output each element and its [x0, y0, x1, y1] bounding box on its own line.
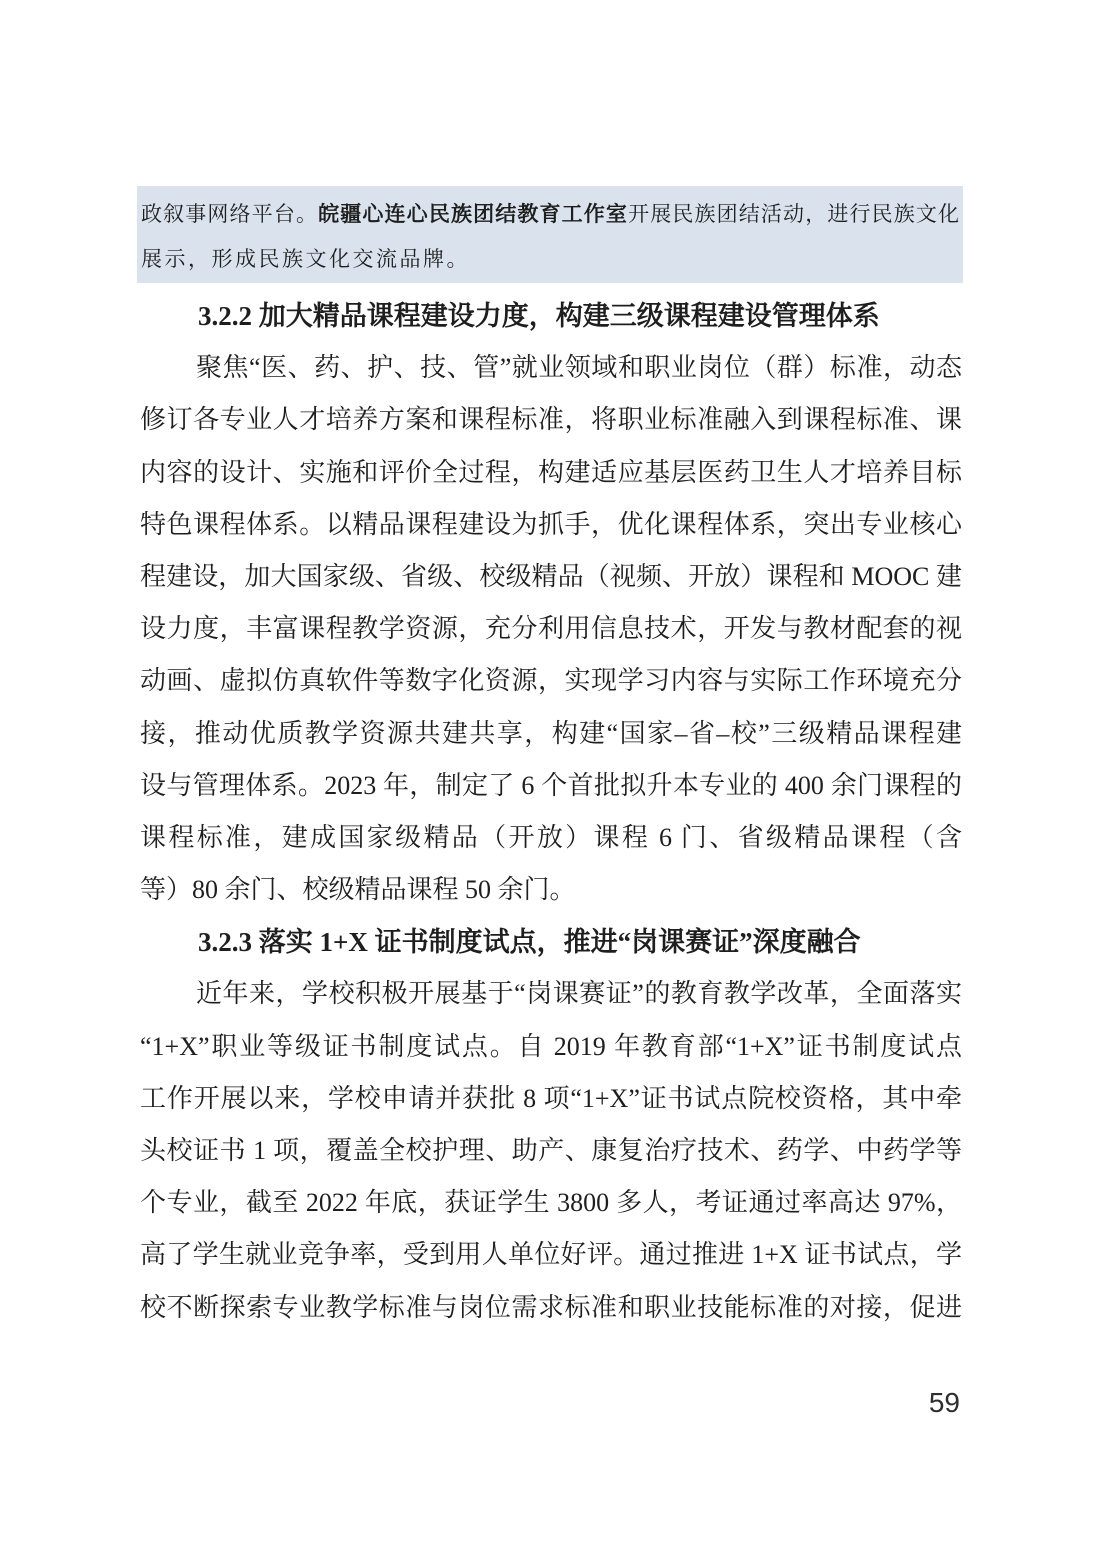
highlighted-text-line: 政叙事网络平台。皖疆心连心民族团结教育工作室开展民族团结活动，进行民族文化 [141, 192, 959, 237]
document-body: 3.2.2 加大精品课程建设力度，构建三级课程建设管理体系 聚焦“医、药、护、技… [140, 290, 962, 1334]
text-line: 聚焦“医、药、护、技、管”就业领域和职业岗位（群）标准，动态 [140, 342, 962, 394]
text-line: 高了学生就业竞争率，受到用人单位好评。通过推进 1+X 证书试点，学 [140, 1229, 962, 1281]
highlighted-text-line: 展示，形成民族文化交流品牌。 [141, 237, 959, 282]
text-line: 个专业，截至 2022 年底，获证学生 3800 多人，考证通过率高达 97%，… [140, 1177, 962, 1229]
text-line: 校不断探索专业教学标准与岗位需求标准和职业技能标准的对接，促进教 [140, 1282, 962, 1334]
section-heading-3-2-2: 3.2.2 加大精品课程建设力度，构建三级课程建设管理体系 [140, 290, 962, 342]
text-line: 设与管理体系。2023 年，制定了 6 个首批拟升本专业的 400 余门课程的 [140, 760, 962, 812]
highlight-text-pre: 政叙事网络平台。 [141, 202, 318, 226]
text-line: 动画、虚拟仿真软件等数字化资源，实现学习内容与实际工作环境充分对 [140, 655, 962, 707]
text-line: 等）80 余门、校级精品课程 50 余门。 [140, 864, 962, 916]
highlighted-paragraph: 政叙事网络平台。皖疆心连心民族团结教育工作室开展民族团结活动，进行民族文化 展示… [137, 186, 963, 283]
text-line: 接，推动优质教学资源共建共享，构建“国家–省–校”三级精品课程建 [140, 708, 962, 760]
text-line: 修订各专业人才培养方案和课程标准，将职业标准融入到课程标准、课程 [140, 394, 962, 446]
text-line: “1+X”职业等级证书制度试点。自 2019 年教育部“1+X”证书制度试点 [140, 1021, 962, 1073]
text-line: 头校证书 1 项，覆盖全校护理、助产、康复治疗技术、药学、中药学等 9 [140, 1125, 962, 1177]
page-number: 59 [929, 1387, 960, 1419]
text-line: 工作开展以来，学校申请并获批 8 项“1+X”证书试点院校资格，其中牵 [140, 1073, 962, 1125]
document-page: 政叙事网络平台。皖疆心连心民族团结教育工作室开展民族团结活动，进行民族文化 展示… [0, 0, 1102, 1559]
text-line: 内容的设计、实施和评价全过程，构建适应基层医药卫生人才培养目标的 [140, 447, 962, 499]
section-heading-3-2-3: 3.2.3 落实 1+X 证书制度试点，推进“岗课赛证”深度融合 [140, 916, 962, 968]
highlight-bold-text: 皖疆心连心民族团结教育工作室 [318, 202, 628, 226]
text-line: 特色课程体系。以精品课程建设为抓手，优化课程体系，突出专业核心课 [140, 499, 962, 551]
text-line: 近年来，学校积极开展基于“岗课赛证”的教育教学改革，全面落实 [140, 968, 962, 1020]
highlight-text-post: 开展民族团结活动，进行民族文化 [628, 202, 959, 226]
text-line: 设力度，丰富课程教学资源，充分利用信息技术，开发与教材配套的视频、 [140, 603, 962, 655]
text-line: 程建设，加大国家级、省级、校级精品（视频、开放）课程和 MOOC 建 [140, 551, 962, 603]
text-line: 课程标准，建成国家级精品（开放）课程 6 门、省级精品课程（含 MOOC [140, 812, 962, 864]
